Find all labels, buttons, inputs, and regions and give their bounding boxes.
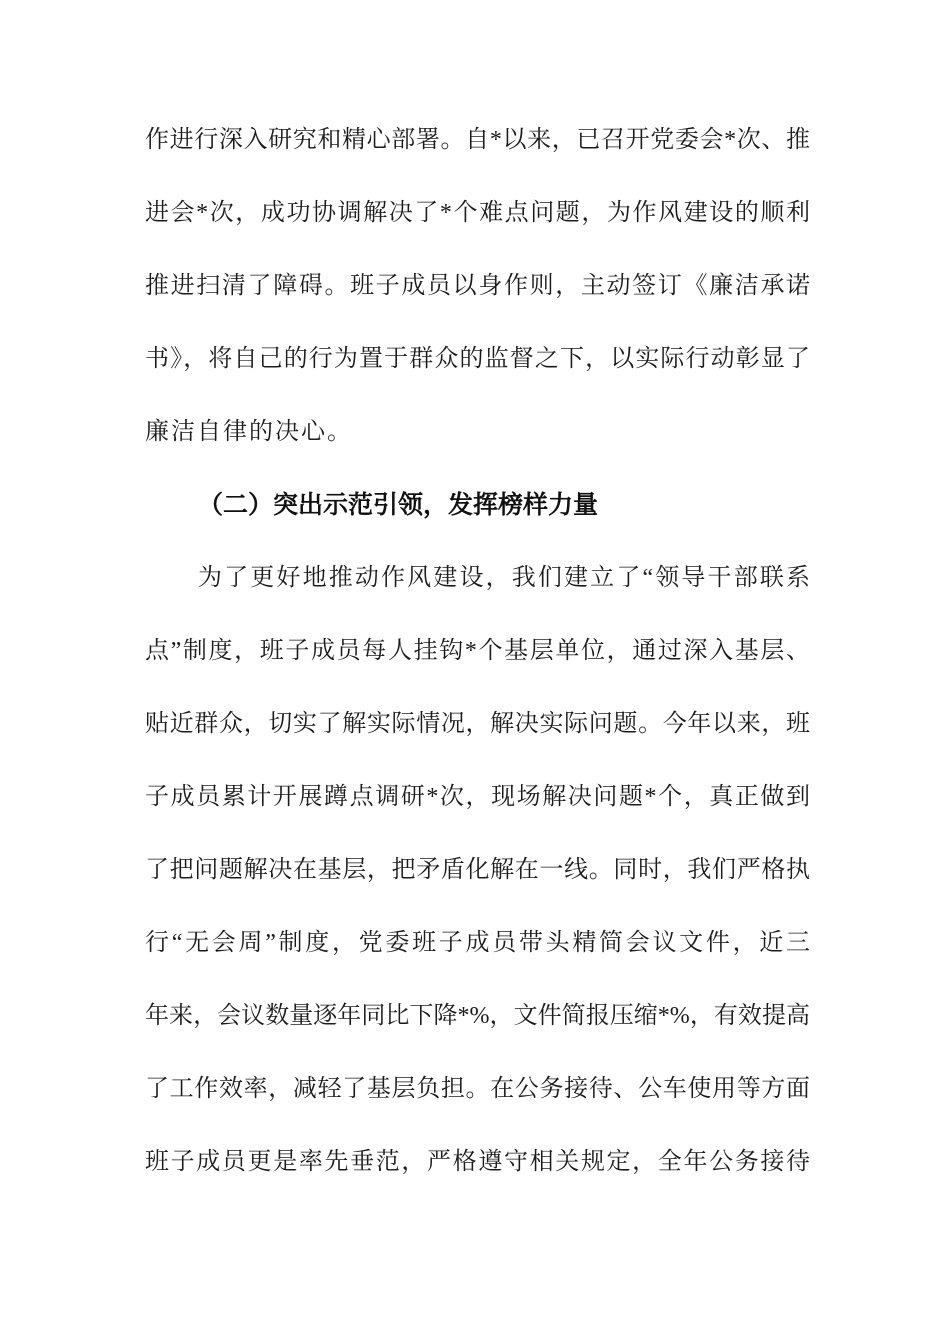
document-page: 作进行深入研究和精心部署。自*以来，已召开党委会*次、推进会*次，成功协调解决了…: [0, 0, 950, 1344]
document-line: 进会*次，成功协调解决了*个难点问题，为作风建设的顺利: [145, 177, 810, 250]
document-line: 廉洁自律的决心。: [145, 396, 810, 469]
document-line: 行“无会周”制度，党委班子成员带头精简会议文件，近三: [145, 907, 810, 980]
document-line: 书》，将自己的行为置于群众的监督之下，以实际行动彰显了: [145, 323, 810, 396]
document-line: 了工作效率，减轻了基层负担。在公务接待、公车使用等方面: [145, 1053, 810, 1126]
document-line: 年来，会议数量逐年同比下降*%，文件简报压缩*%，有效提高: [145, 980, 810, 1053]
document-line: 班子成员更是率先垂范，严格遵守相关规定，全年公务接待: [145, 1126, 810, 1199]
document-line: 为了更好地推动作风建设，我们建立了“领导干部联系: [145, 542, 810, 615]
document-line: 了把问题解决在基层，把矛盾化解在一线。同时，我们严格执: [145, 834, 810, 907]
document-line: 推进扫清了障碍。班子成员以身作则，主动签订《廉洁承诺: [145, 250, 810, 323]
document-line: 子成员累计开展蹲点调研*次，现场解决问题*个，真正做到: [145, 761, 810, 834]
section-heading: （二）突出示范引领，发挥榜样力量: [145, 469, 810, 542]
document-line: 作进行深入研究和精心部署。自*以来，已召开党委会*次、推: [145, 104, 810, 177]
paragraph: 为了更好地推动作风建设，我们建立了“领导干部联系点”制度，班子成员每人挂钩*个基…: [145, 542, 810, 1199]
document-line: 点”制度，班子成员每人挂钩*个基层单位，通过深入基层、: [145, 615, 810, 688]
text-area: 作进行深入研究和精心部署。自*以来，已召开党委会*次、推进会*次，成功协调解决了…: [145, 104, 810, 1199]
continued-paragraph: 作进行深入研究和精心部署。自*以来，已召开党委会*次、推进会*次，成功协调解决了…: [145, 104, 810, 469]
document-line: 贴近群众，切实了解实际情况，解决实际问题。今年以来，班: [145, 688, 810, 761]
